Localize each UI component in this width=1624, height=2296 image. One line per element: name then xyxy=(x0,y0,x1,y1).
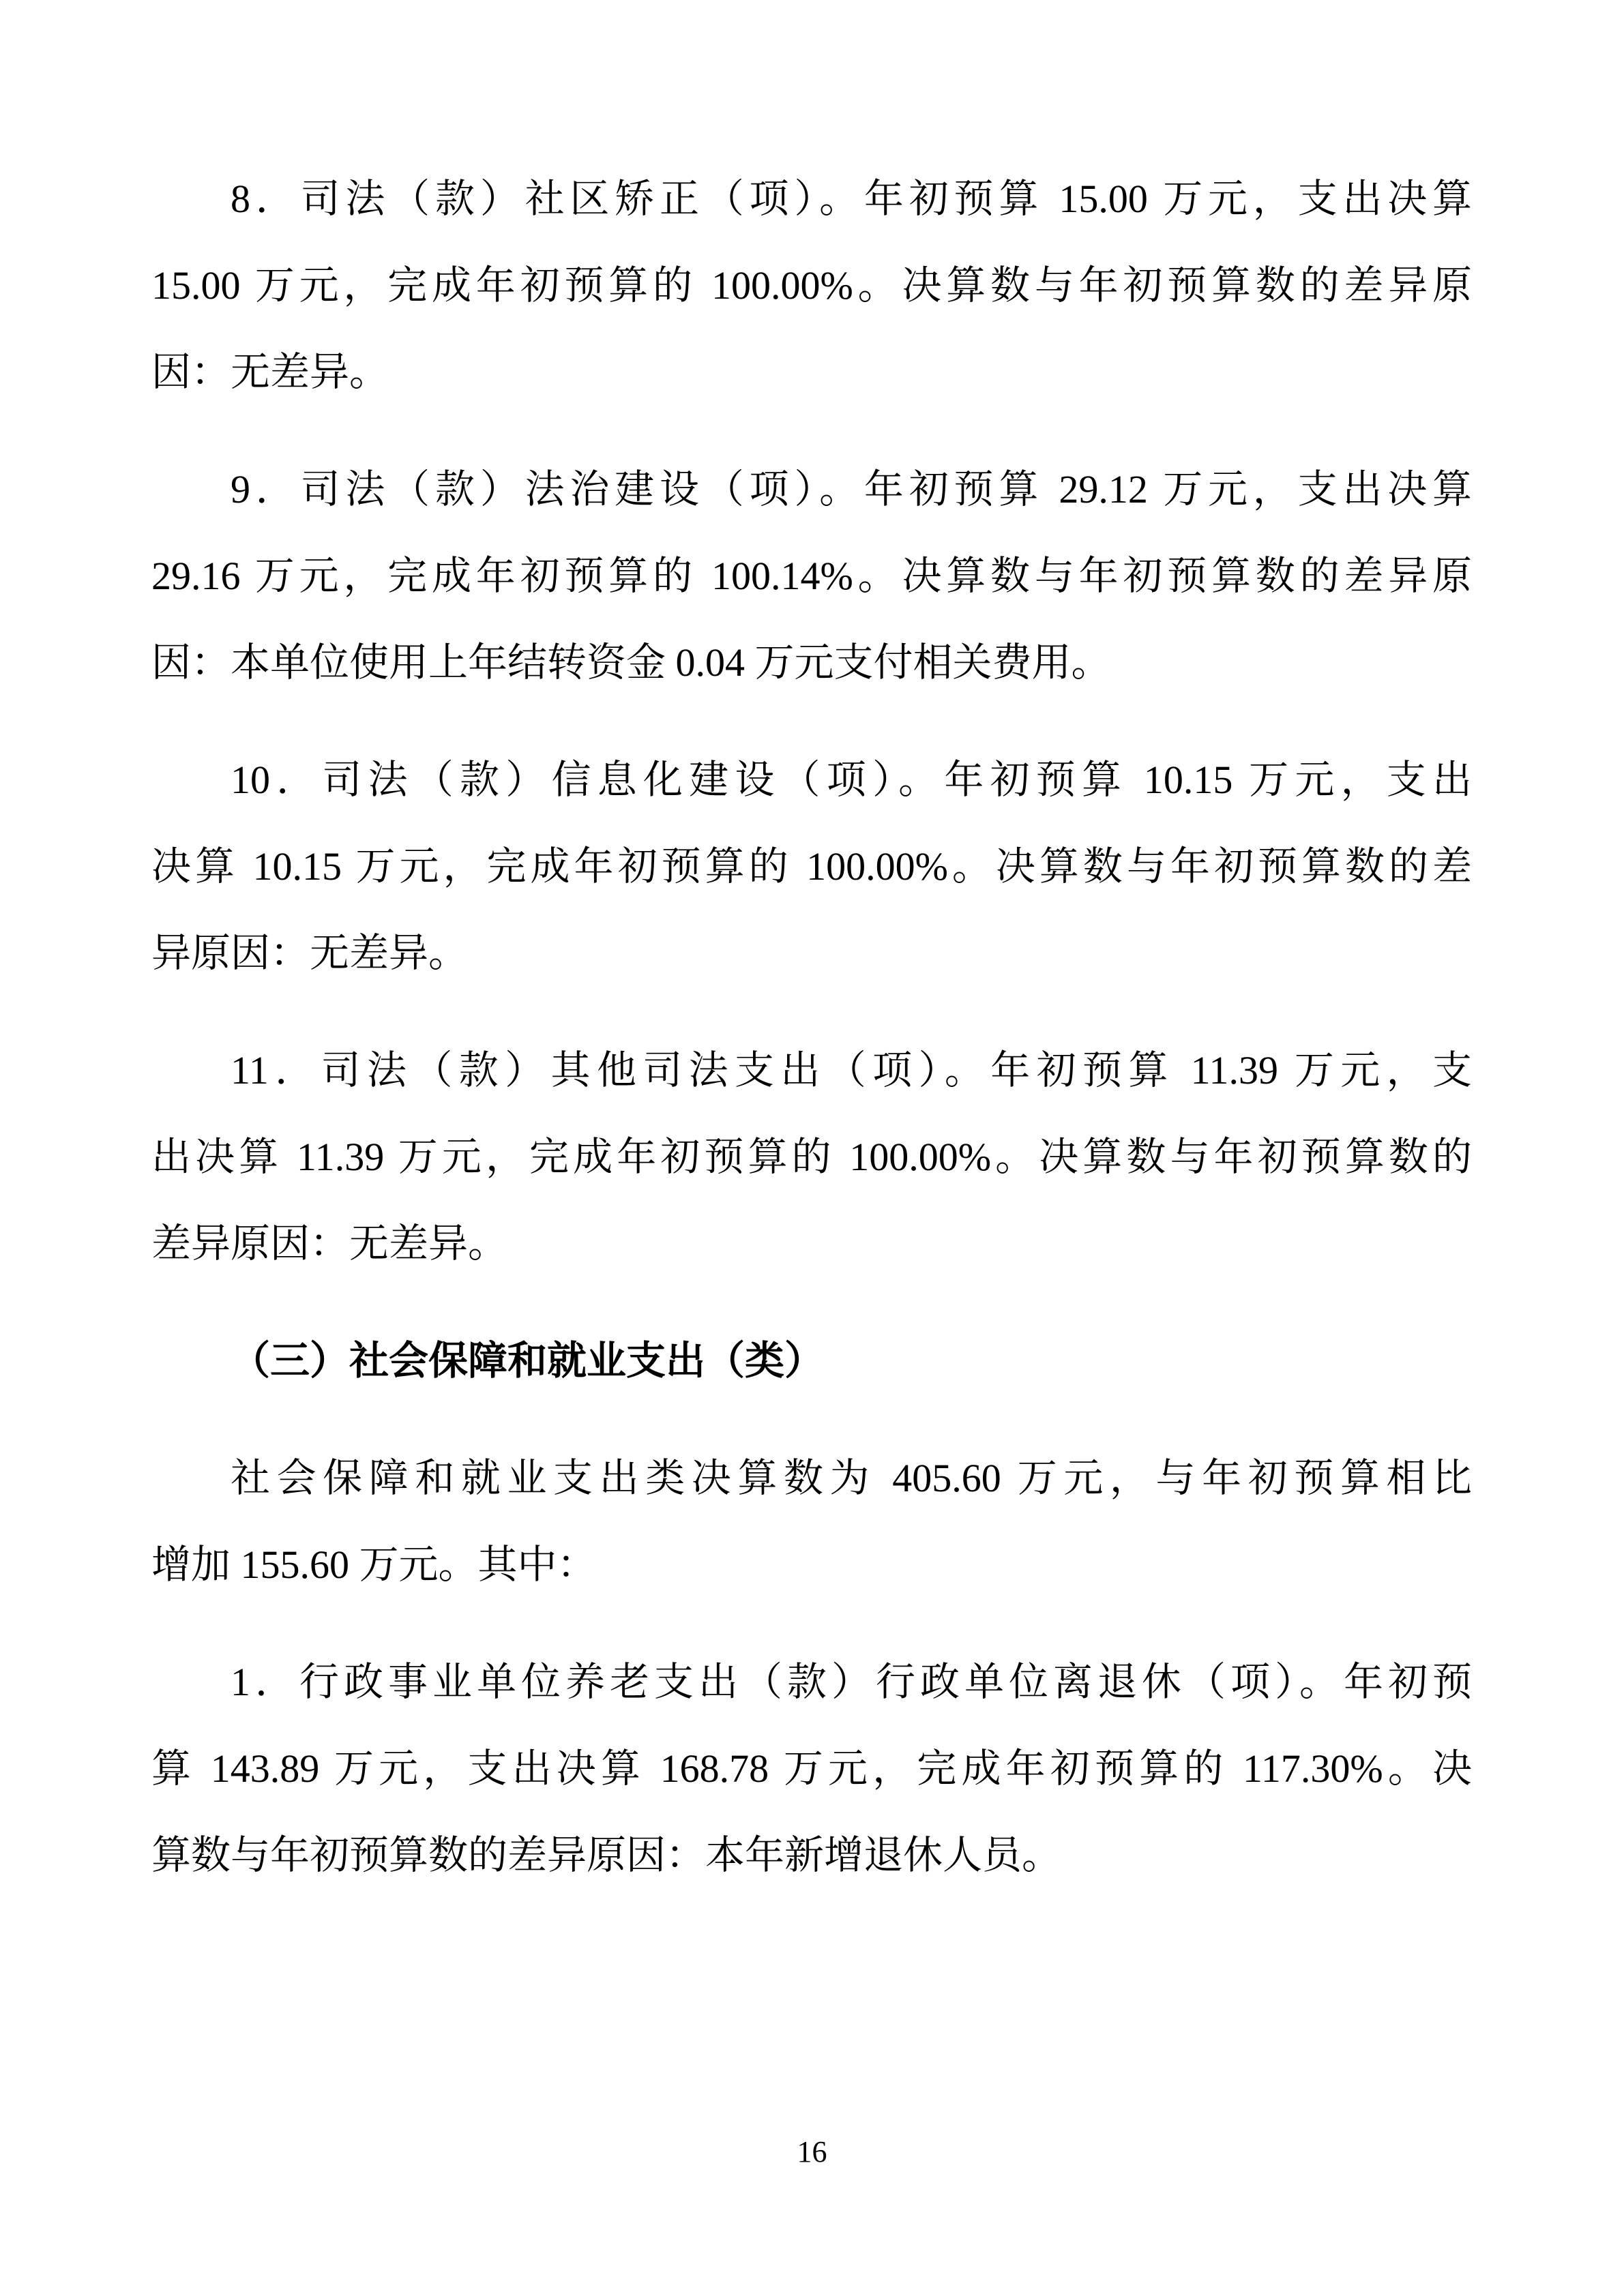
paragraph-line: 1．行政事业单位养老支出（款）行政单位离退休（项）。年初预 xyxy=(151,1639,1472,1725)
paragraph-item-1-pension: 1．行政事业单位养老支出（款）行政单位离退休（项）。年初预 算 143.89 万… xyxy=(151,1639,1472,1898)
paragraph-line: 算数与年初预算数的差异原因：本年新增退休人员。 xyxy=(151,1812,1472,1898)
paragraph-line: 29.16 万元，完成年初预算的 100.14%。决算数与年初预算数的差异原 xyxy=(151,533,1472,619)
section-heading-text: （三）社会保障和就业支出（类） xyxy=(151,1317,1472,1404)
paragraph-social-security-summary: 社会保障和就业支出类决算数为 405.60 万元，与年初预算相比 增加 155.… xyxy=(151,1435,1472,1608)
paragraph-line: 11．司法（款）其他司法支出（项）。年初预算 11.39 万元，支 xyxy=(151,1027,1472,1114)
paragraph-item-9: 9．司法（款）法治建设（项）。年初预算 29.12 万元，支出决算 29.16 … xyxy=(151,446,1472,706)
paragraph-line: 8．司法（款）社区矫正（项）。年初预算 15.00 万元，支出决算 xyxy=(151,155,1472,242)
paragraph-line: 因：本单位使用上年结转资金 0.04 万元支付相关费用。 xyxy=(151,619,1472,706)
document-page: 8．司法（款）社区矫正（项）。年初预算 15.00 万元，支出决算 15.00 … xyxy=(0,0,1624,2296)
paragraph-line: 差异原因：无差异。 xyxy=(151,1200,1472,1287)
paragraph-line: 增加 155.60 万元。其中： xyxy=(151,1521,1472,1608)
paragraph-line: 9．司法（款）法治建设（项）。年初预算 29.12 万元，支出决算 xyxy=(151,446,1472,533)
paragraph-line: 异原因：无差异。 xyxy=(151,910,1472,996)
paragraph-item-11: 11．司法（款）其他司法支出（项）。年初预算 11.39 万元，支 出决算 11… xyxy=(151,1027,1472,1287)
paragraph-line: 社会保障和就业支出类决算数为 405.60 万元，与年初预算相比 xyxy=(151,1435,1472,1521)
paragraph-line: 决算 10.15 万元，完成年初预算的 100.00%。决算数与年初预算数的差 xyxy=(151,823,1472,910)
paragraph-line: 算 143.89 万元，支出决算 168.78 万元，完成年初预算的 117.3… xyxy=(151,1725,1472,1812)
section-heading: （三）社会保障和就业支出（类） xyxy=(151,1317,1472,1404)
paragraph-line: 15.00 万元，完成年初预算的 100.00%。决算数与年初预算数的差异原 xyxy=(151,242,1472,329)
page-content: 8．司法（款）社区矫正（项）。年初预算 15.00 万元，支出决算 15.00 … xyxy=(151,155,1472,1929)
paragraph-item-8: 8．司法（款）社区矫正（项）。年初预算 15.00 万元，支出决算 15.00 … xyxy=(151,155,1472,415)
paragraph-line: 因：无差异。 xyxy=(151,329,1472,415)
page-number: 16 xyxy=(0,2133,1624,2171)
paragraph-line: 出决算 11.39 万元，完成年初预算的 100.00%。决算数与年初预算数的 xyxy=(151,1114,1472,1200)
paragraph-line: 10．司法（款）信息化建设（项）。年初预算 10.15 万元，支出 xyxy=(151,736,1472,823)
paragraph-item-10: 10．司法（款）信息化建设（项）。年初预算 10.15 万元，支出 决算 10.… xyxy=(151,736,1472,996)
